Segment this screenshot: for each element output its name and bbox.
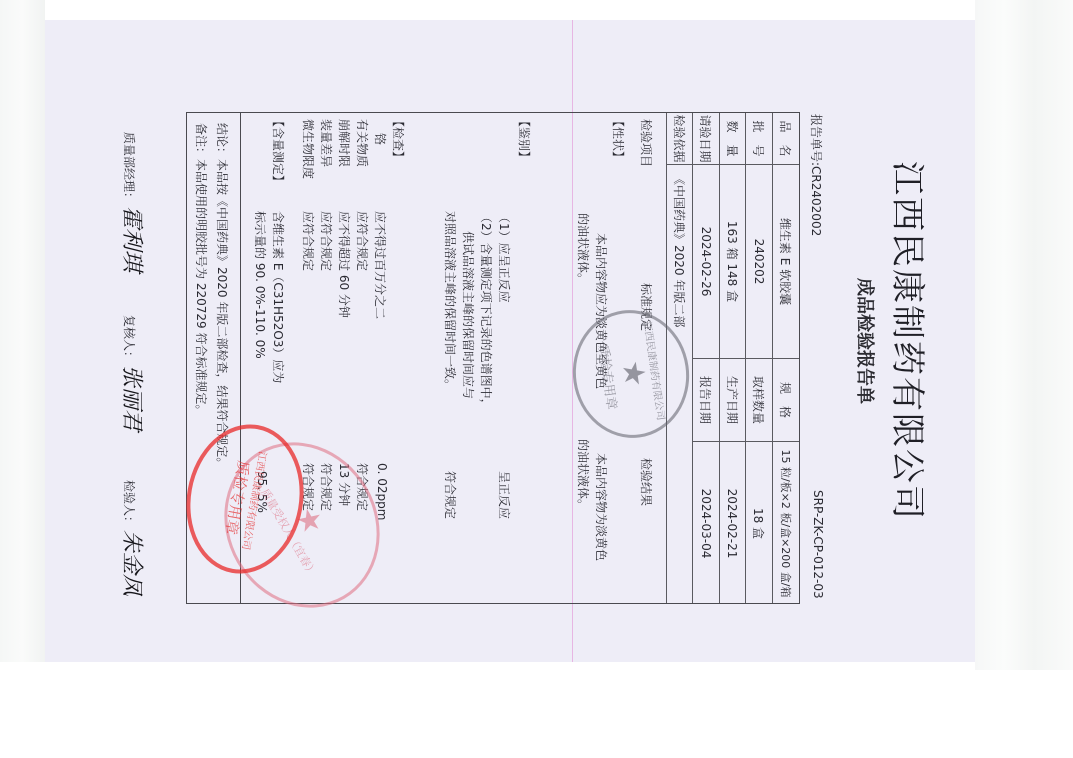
inspector-signature: 朱金凤: [119, 530, 144, 596]
star-icon: ★: [616, 358, 649, 389]
conclusion-line: 结论：本品按《中国药典》2020 年版二部检查，结果符合规定。: [214, 123, 231, 469]
section-assay-title: 【含量测定】: [270, 115, 287, 187]
row-request-date: 请验日期 2024-02-26 报告日期 2024-03-04: [692, 113, 719, 603]
identification-item2-line3: 对照品溶液主峰的保留时间一致。: [442, 211, 459, 391]
signature-inspector: 检验人：朱金凤: [118, 480, 149, 596]
signature-reviewer: 复核人：张丽君: [118, 315, 149, 431]
test-name: 铬: [372, 133, 389, 145]
report-number: 报告单号:CR2402002: [808, 114, 825, 236]
company-name: 江西民康制药有限公司: [886, 20, 935, 662]
note-line: 备注：本品使用的明胶批号为 220729 符合标准规定。: [193, 123, 210, 416]
identification-item1-result: 呈正反应: [496, 471, 513, 519]
test-name: 装量差异: [318, 119, 335, 167]
label-spec: 规 格: [773, 358, 799, 441]
signature-qa-manager: 质量部经理：霍利琪: [118, 132, 149, 272]
test-name: 有关物质: [354, 119, 371, 167]
qa-manager-signature: 霍利琪: [119, 206, 144, 272]
value-spec: 15 粒/板×2 板/盒×200 盒/箱: [773, 441, 799, 605]
test-name: 微生物限度: [300, 119, 317, 179]
header-result: 检验结果: [638, 458, 655, 506]
inspector-label: 检验人：: [122, 480, 136, 528]
value-report-date: 2024-03-04: [693, 441, 719, 605]
identification-item2-result: 符合规定: [442, 471, 459, 519]
label-request-date: 请验日期: [693, 113, 719, 164]
value-batch: 240202: [746, 164, 772, 358]
test-standard: 应不得超过 60 分钟: [336, 211, 353, 318]
appearance-result-line1: 本品内容物为淡黄色: [593, 453, 610, 561]
identification-item1-standard: （1）应呈正反应: [496, 211, 513, 303]
label-quantity: 数 量: [720, 113, 745, 164]
conclusion-text: 本品按《中国药典》2020 年版二部检查，结果符合规定。: [215, 159, 229, 469]
scan-border-left: [0, 0, 45, 662]
row-batch: 批 号 240202 取样数量 18 盒: [745, 113, 772, 603]
section-appearance-title: 【性状】: [610, 115, 627, 163]
label-batch: 批 号: [746, 113, 772, 164]
row-product-name: 品 名 维生素 E 软胶囊 规 格 15 粒/板×2 板/盒×200 盒/箱: [772, 113, 799, 603]
value-request-date: 2024-02-26: [693, 164, 719, 358]
report-number-value: CR2402002: [809, 166, 823, 236]
identification-item2-line1: （2）含量测定项下记录的色谱图中，: [478, 211, 495, 411]
test-standard: 应不得过百万分之二: [372, 211, 389, 319]
value-quantity: 163 箱 148 盒: [720, 164, 745, 358]
test-standard: 应符合规定: [318, 211, 335, 271]
report-title: 成品检验报告单: [853, 20, 879, 662]
section-identification-title: 【鉴别】: [516, 115, 533, 163]
label-report-date: 报告日期: [693, 358, 719, 441]
appearance-standard-line2: 的油状液体。: [575, 213, 592, 285]
test-name: 崩解时限: [336, 119, 353, 167]
note-text: 本品使用的明胶批号为 220729 符合标准规定。: [194, 159, 208, 416]
test-standard: 应符合规定: [300, 211, 317, 271]
value-mfg-date: 2024-02-21: [720, 441, 745, 605]
document-code: SRP-ZK-CP-012-03: [811, 490, 825, 599]
report-number-label: 报告单号:: [809, 114, 823, 166]
section-tests-title: 【检查】: [390, 115, 407, 163]
row-quantity: 数 量 163 箱 148 盒 生产日期 2024-02-21: [719, 113, 745, 603]
test-standard: 应符合规定: [354, 211, 371, 271]
label-product-name: 品 名: [773, 113, 799, 164]
reviewer-signature: 张丽君: [119, 365, 144, 431]
inspection-report-page: 江西民康制药有限公司 成品检验报告单 报告单号:CR2402002 SRP-ZK…: [45, 20, 975, 662]
label-sample-qty: 取样数量: [746, 358, 772, 441]
label-basis: 检验依据: [667, 113, 692, 164]
assay-standard-line1: 含维生素 E（C31H52O3）应为: [270, 211, 287, 383]
header-item: 检验项目: [638, 119, 655, 167]
qa-manager-label: 质量部经理：: [122, 132, 136, 204]
assay-standard-line2: 标示量的 90. 0%-110. 0%: [252, 211, 269, 359]
reviewer-label: 复核人：: [122, 315, 136, 363]
note-label: 备注：: [194, 123, 208, 159]
scan-border-right: [975, 0, 1073, 670]
identification-item2-line2: 供试品溶液主峰的保留时间应与: [460, 231, 477, 399]
value-product-name: 维生素 E 软胶囊: [773, 164, 799, 358]
label-mfg-date: 生产日期: [720, 358, 745, 441]
conclusion-label: 结论：: [215, 123, 229, 159]
value-sample-qty: 18 盒: [746, 441, 772, 605]
appearance-result-line2: 的油状液体。: [575, 439, 592, 511]
